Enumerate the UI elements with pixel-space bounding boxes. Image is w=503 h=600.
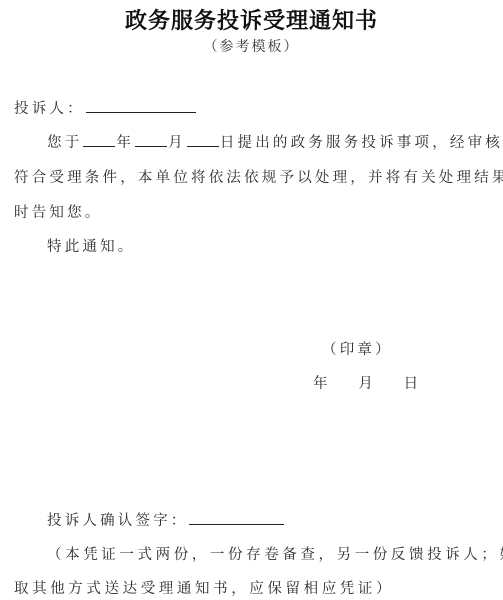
- date-day-label: 日: [404, 376, 422, 392]
- note-line-1: （本凭证一式两份，一份存卷备查，另一份反馈投诉人；如采: [47, 543, 503, 564]
- complainant-row: 投诉人：: [14, 97, 197, 118]
- note-line-2: 取其他方式送达受理通知书，应保留相应凭证）: [14, 577, 394, 598]
- month-field[interactable]: [135, 132, 167, 147]
- document-subtitle: （参考模板）: [0, 36, 503, 56]
- complainant-field[interactable]: [86, 98, 196, 113]
- signature-row: 投诉人确认签字：: [47, 509, 284, 530]
- day-field[interactable]: [187, 132, 219, 147]
- date-year-label: 年: [313, 376, 331, 392]
- date-month-label: 月: [358, 376, 376, 392]
- year-label: 年: [116, 135, 134, 151]
- paragraph-1-line-1: 您于年月日提出的政务服务投诉事项，经审核，: [47, 131, 503, 152]
- seal-label: （印章）: [322, 338, 393, 359]
- signature-field[interactable]: [189, 510, 284, 525]
- paragraph-1-line-2: 符合受理条件，本单位将依法依规予以处理，并将有关处理结果及: [14, 166, 503, 187]
- signature-label: 投诉人确认签字：: [47, 513, 189, 529]
- paragraph-1-line-3: 时告知您。: [14, 201, 103, 222]
- month-label: 月: [168, 135, 186, 151]
- p1-day-suffix: 日提出的政务服务投诉事项，经审核，: [220, 135, 503, 151]
- p1-prefix: 您于: [47, 135, 82, 151]
- complainant-label: 投诉人：: [14, 101, 85, 117]
- year-field[interactable]: [83, 132, 115, 147]
- paragraph-2: 特此通知。: [47, 235, 136, 256]
- document-title: 政务服务投诉受理通知书: [0, 4, 503, 35]
- date-line: 年 月 日: [313, 372, 421, 393]
